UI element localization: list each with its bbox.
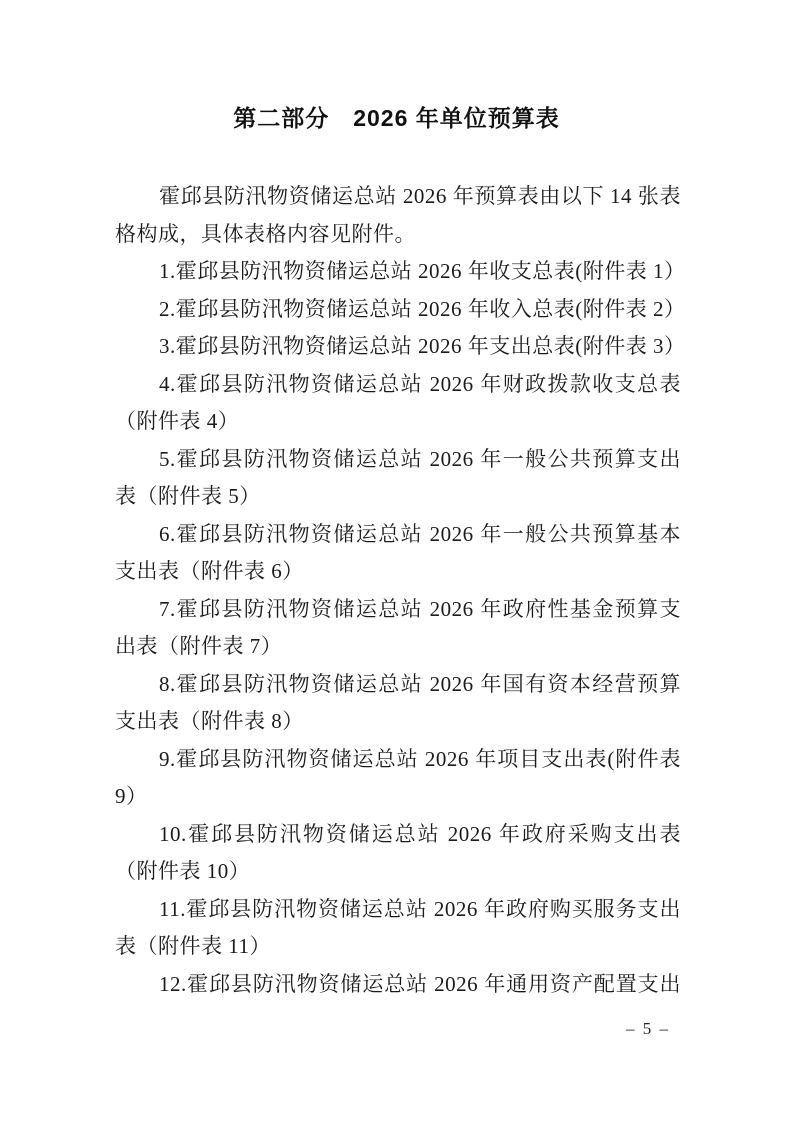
list-item-4-line-1: 4.霍邱县防汛物资储运总站 2026 年财政拨款收支总表 (115, 366, 681, 404)
list-item-6-line-1: 6.霍邱县防汛物资储运总站 2026 年一般公共预算基本 (115, 516, 681, 554)
list-item-4-line-2: （附件表 4） (115, 403, 681, 441)
list-item-8-line-1: 8.霍邱县防汛物资储运总站 2026 年国有资本经营预算 (115, 666, 681, 704)
list-item-1-line-1: 1.霍邱县防汛物资储运总站 2026 年收支总表(附件表 1） (115, 253, 681, 291)
document-content: 霍邱县防汛物资储运总站 2026 年预算表由以下 14 张表 格构成，具体表格内… (115, 178, 681, 1003)
list-item-7-line-1: 7.霍邱县防汛物资储运总站 2026 年政府性基金预算支 (115, 591, 681, 629)
list-item-5-line-2: 表（附件表 5） (115, 478, 681, 516)
list-item-6-line-2: 支出表（附件表 6） (115, 553, 681, 591)
list-item-9-line-2: 9） (115, 778, 681, 816)
list-item-8-line-2: 支出表（附件表 8） (115, 703, 681, 741)
list-item-11-line-2: 表（附件表 11） (115, 928, 681, 966)
document-page: 第二部分 2026 年单位预算表 霍邱县防汛物资储运总站 2026 年预算表由以… (0, 0, 793, 1122)
list-item-11-line-1: 11.霍邱县防汛物资储运总站 2026 年政府购买服务支出 (115, 891, 681, 929)
list-item-5-line-1: 5.霍邱县防汛物资储运总站 2026 年一般公共预算支出 (115, 441, 681, 479)
section-title: 第二部分 2026 年单位预算表 (0, 100, 793, 133)
page-number: – 5 – (626, 1019, 670, 1039)
list-item-2-line-1: 2.霍邱县防汛物资储运总站 2026 年收入总表(附件表 2） (115, 291, 681, 329)
list-item-10-line-2: （附件表 10） (115, 853, 681, 891)
list-item-9-line-1: 9.霍邱县防汛物资储运总站 2026 年项目支出表(附件表 (115, 741, 681, 779)
list-item-10-line-1: 10.霍邱县防汛物资储运总站 2026 年政府采购支出表 (115, 816, 681, 854)
intro-line-2: 格构成，具体表格内容见附件。 (115, 216, 681, 254)
list-item-3-line-1: 3.霍邱县防汛物资储运总站 2026 年支出总表(附件表 3） (115, 328, 681, 366)
intro-line-1: 霍邱县防汛物资储运总站 2026 年预算表由以下 14 张表 (115, 178, 681, 216)
list-item-7-line-2: 出表（附件表 7） (115, 628, 681, 666)
list-item-12-line-1: 12.霍邱县防汛物资储运总站 2026 年通用资产配置支出 (115, 966, 681, 1004)
